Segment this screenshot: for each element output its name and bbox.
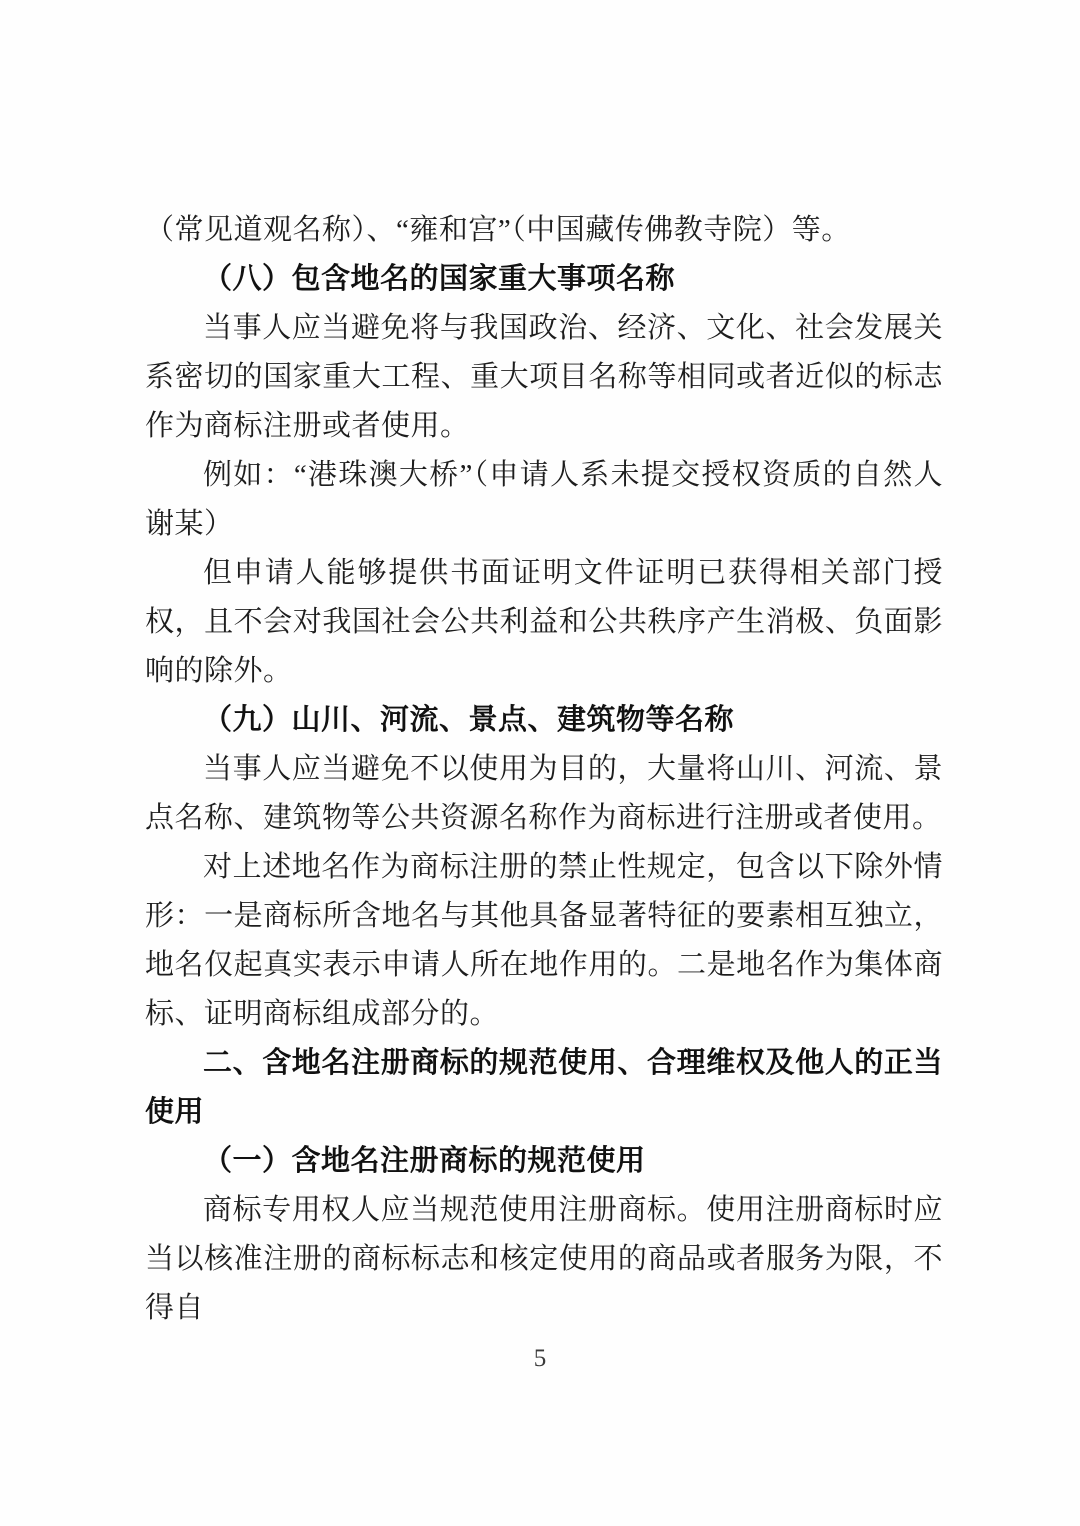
page-number: 5 xyxy=(534,1345,547,1372)
section-heading: （九）山川、河流、景点、建筑物等名称 xyxy=(145,696,943,745)
paragraph: 当事人应当避免不以使用为目的，大量将山川、河流、景点名称、建筑物等公共资源名称作… xyxy=(145,745,943,843)
document-body: （常见道观名称）、“雍和宫”（中国藏传佛教寺院）等。（八）包含地名的国家重大事项… xyxy=(145,206,943,1333)
section-heading: 二、含地名注册商标的规范使用、合理维权及他人的正当使用 xyxy=(145,1039,943,1137)
document-page: （常见道观名称）、“雍和宫”（中国藏传佛教寺院）等。（八）包含地名的国家重大事项… xyxy=(0,0,1080,1526)
page-footer: 5 xyxy=(0,1345,1080,1373)
paragraph: 但申请人能够提供书面证明文件证明已获得相关部门授权，且不会对我国社会公共利益和公… xyxy=(145,549,943,696)
paragraph: 对上述地名作为商标注册的禁止性规定，包含以下除外情形：一是商标所含地名与其他具备… xyxy=(145,843,943,1039)
section-heading: （一）含地名注册商标的规范使用 xyxy=(145,1137,943,1186)
paragraph: 当事人应当避免将与我国政治、经济、文化、社会发展关系密切的国家重大工程、重大项目… xyxy=(145,304,943,451)
paragraph: （常见道观名称）、“雍和宫”（中国藏传佛教寺院）等。 xyxy=(145,206,943,255)
paragraph: 例如：“港珠澳大桥”（申请人系未提交授权资质的自然人谢某） xyxy=(145,451,943,549)
paragraph: 商标专用权人应当规范使用注册商标。使用注册商标时应当以核准注册的商标标志和核定使… xyxy=(145,1186,943,1333)
section-heading: （八）包含地名的国家重大事项名称 xyxy=(145,255,943,304)
